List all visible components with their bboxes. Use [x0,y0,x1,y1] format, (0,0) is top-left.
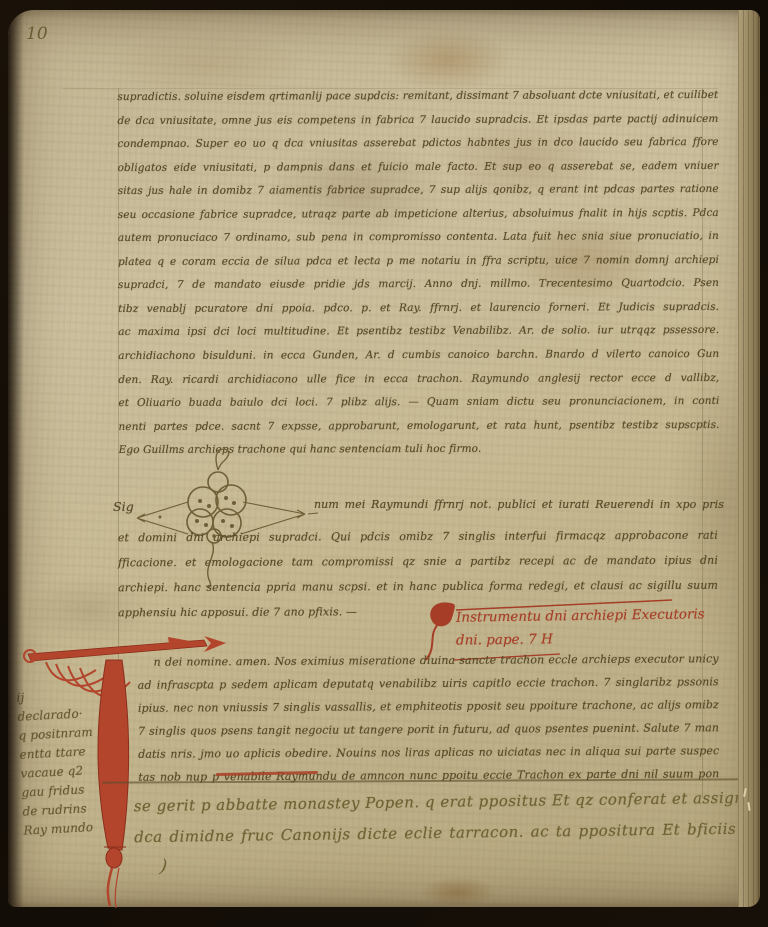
manuscript-text-line: den. Ray. ricardi archidiacono ulle fice… [118,368,719,394]
manuscript-text-line: nenti partes pdce. sacnt 7 expsse, appro… [118,415,719,441]
manuscript-page: 10 supradictis. soluine eisdem qrtimanli… [8,10,760,907]
manuscript-text-line: fficacione. et emologacione tam compromi… [118,550,718,578]
manuscript-text-line: platea q e coram eccia de silua pdca et … [118,250,719,276]
manuscript-text-line: archidiachono bisulduni. in ecca Gunden,… [118,344,719,370]
second-text-block: n dei nomine. amen. Nos eximius miserati… [138,648,720,790]
binding-stitch [747,802,750,811]
manuscript-text-line: condempnao. Super eo uo q dca vniusitas … [118,132,719,158]
notary-line-after-sign: num mei Raymundi ffrnrj not. publici et … [314,498,724,511]
margin-note: ijdeclarado·q positnramentta ttarevacaue… [16,683,128,840]
manuscript-text-line: seu occasione fabrice supradce, utraqz p… [118,203,719,229]
manuscript-text-line: et domini dni archiepi supradci. Qui pdc… [118,525,718,553]
binding-stitch [743,788,747,797]
manuscript-text-line: sitas jus hale in domibz 7 aiamentis fab… [118,179,719,205]
rubric-line-2: dni. pape. 7 H [456,631,553,648]
manuscript-text-line: autem pronuciaco 7 ordinamo, sub pena in… [118,226,719,252]
book-fore-edge [738,10,760,907]
manuscript-text-line: de dca vniusitate, omne jus eis competen… [117,108,718,134]
manuscript-text-line: supradci, 7 de mandato eiusde pridie jds… [118,273,719,299]
later-hand-note: se gerit p abbatte monastey Popen. q era… [134,784,737,854]
photograph-of-manuscript: { "page": { "folio_number": "10", "color… [0,0,768,927]
manuscript-text-line: obligatos eide vniusitati, p dampnis dan… [118,156,719,182]
folio-number: 10 [26,24,48,44]
manuscript-text-line: tibz venablj pcuratore dni ppoia. pdco. … [118,297,719,323]
manuscript-text-line: ac maxima ipsi dci loci multitudine. Et … [118,320,719,346]
manuscript-text-line: supradictis. soluine eisdem qrtimanlij p… [117,85,718,111]
manuscript-text-line: et Oliuario buada baiulo dci loci. 7 pli… [118,391,719,417]
main-text-block: supradictis. soluine eisdem qrtimanlij p… [117,85,719,464]
